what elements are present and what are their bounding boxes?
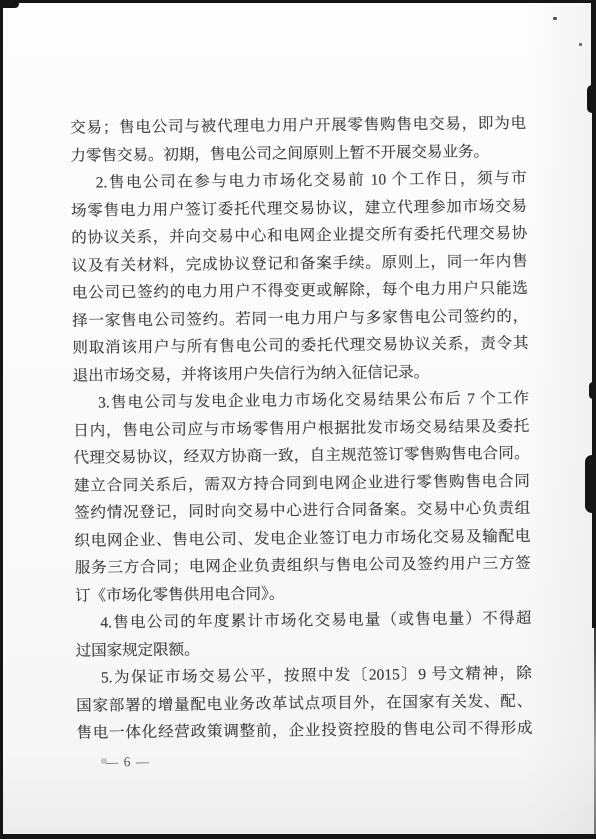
scanned-page: 交易；售电公司与被代理电力用户开展零售购售电交易，即为电 力零售交易。初期，售电… <box>0 0 596 839</box>
scan-speck <box>101 758 107 764</box>
text-line: 3.售电公司与发电企业电力市场化交易结果公布后 7 个工作 <box>73 385 529 417</box>
scan-border-right-bump-1 <box>587 85 596 113</box>
scan-border-right-mid-1 <box>592 110 596 385</box>
scan-border-bottom <box>0 834 596 839</box>
scan-border-right-upper <box>591 0 596 95</box>
text-line: 签约情况登记，同时向交易中心进行合同备案。交易中心负责组 <box>74 495 530 527</box>
text-line: 售电一体化经营政策调整前，企业投资控股的售电公司不得形成 <box>76 715 532 747</box>
scan-border-top <box>0 0 596 3</box>
scan-border-right-mid-2 <box>592 396 596 458</box>
text-line: 电公司已签约的电力用户不得变更或解除，每个电力用户只能选 <box>72 275 528 307</box>
text-line: 的协议关系，并向交易中心和电网企业提交所有委托代理交易协 <box>71 220 527 252</box>
text-line: 5.为保证市场交易公平，按照中发〔2015〕9 号文精神，除 <box>76 660 532 692</box>
scan-border-left <box>0 0 3 839</box>
text-line: 则取消该用户与所有售电公司的委托代理交易协议关系，责令其 <box>72 330 528 362</box>
scan-border-right-blob <box>585 455 596 513</box>
scan-speck <box>579 43 582 46</box>
page-number: — 6 — <box>105 749 533 769</box>
document-text-block: 交易；售电公司与被代理电力用户开展零售购售电交易，即为电 力零售交易。初期，售电… <box>70 110 533 770</box>
scan-border-right-mid-3 <box>592 510 596 628</box>
text-line: 服务三方合同；电网企业负责组织与售电公司及签约用户三方签 <box>75 550 531 582</box>
text-line: 4.售电公司的年度累计市场化交易电量（或售电量）不得超 <box>75 605 531 637</box>
text-line: 交易；售电公司与被代理电力用户开展零售购售电交易，即为电 <box>70 110 526 142</box>
text-line: 2.售电公司在参与电力市场化交易前 10 个工作日，须与市 <box>71 165 527 197</box>
scan-speck <box>553 17 557 20</box>
text-line: 代理交易协议，经双方协商一致，自主规范签订零售购售电合同。 <box>73 440 529 472</box>
scan-shading-right <box>526 0 596 839</box>
